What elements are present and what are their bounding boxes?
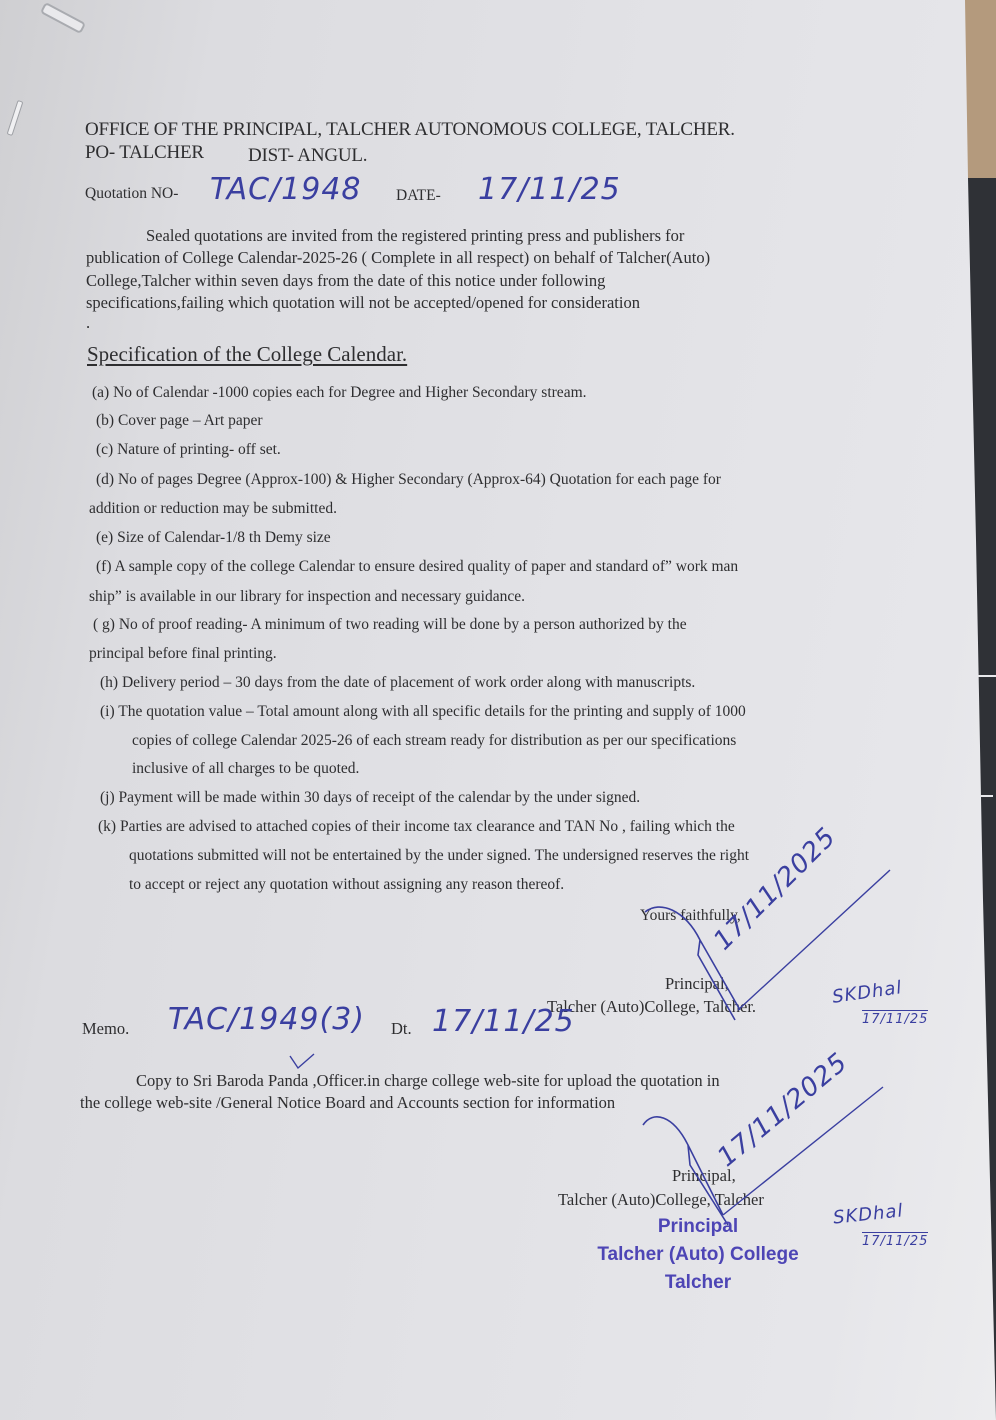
spec-item-k: (k) Parties are advised to attached copi… (98, 818, 735, 836)
stamp-principal: Principal (588, 1216, 808, 1238)
spec-item-i-cont: copies of college Calendar 2025-26 of ea… (132, 732, 736, 750)
spec-item-e: (e) Size of Calendar-1/8 th Demy size (96, 529, 331, 547)
initial-date-2: 17/11/25 (862, 1232, 928, 1249)
spec-item-i-cont: inclusive of all charges to be quoted. (132, 760, 359, 778)
memo-value: TAC/1949(3) (168, 1002, 365, 1037)
memo-dt-value: 17/11/25 (432, 1004, 575, 1039)
quotation-no-value: TAC/1948 (210, 172, 362, 207)
intro-line: College,Talcher within seven days from t… (86, 271, 605, 291)
binder-clip-mark (981, 795, 993, 797)
letterhead-po: PO- TALCHER (85, 142, 204, 164)
copy-line: Copy to Sri Baroda Panda ,Officer.in cha… (136, 1071, 720, 1091)
spec-item-c: (c) Nature of printing- off set. (96, 441, 281, 459)
initial-date: 17/11/25 (862, 1010, 928, 1027)
document-page: OFFICE OF THE PRINCIPAL, TALCHER AUTONOM… (0, 0, 996, 1420)
stamp-town: Talcher (588, 1272, 808, 1294)
quotation-no-label: Quotation NO- (85, 185, 178, 203)
spec-item-j: (j) Payment will be made within 30 days … (100, 789, 640, 807)
spec-item-d-cont: addition or reduction may be submitted. (89, 500, 337, 518)
spec-item-g: ( g) No of proof reading- A minimum of t… (93, 616, 687, 634)
staple-icon (40, 2, 86, 34)
memo-label: Memo. (82, 1019, 129, 1039)
binder-clip-mark (978, 675, 996, 677)
copy-line: the college web-site /General Notice Boa… (80, 1093, 615, 1113)
spec-item-d: (d) No of pages Degree (Approx-100) & Hi… (96, 471, 721, 489)
intro-line: specifications,failing which quotation w… (86, 293, 640, 313)
quotation-date-value: 17/11/25 (478, 172, 621, 207)
spec-item-k-cont: to accept or reject any quotation withou… (129, 876, 564, 894)
spec-heading: Specification of the College Calendar. (87, 342, 407, 367)
intro-line: publication of College Calendar-2025-26 … (86, 248, 710, 268)
spec-item-i: (i) The quotation value – Total amount a… (100, 703, 746, 721)
letterhead-dist: DIST- ANGUL. (248, 145, 367, 167)
staple-icon (7, 100, 24, 136)
letterhead-office: OFFICE OF THE PRINCIPAL, TALCHER AUTONOM… (85, 119, 735, 141)
intro-line: Sealed quotations are invited from the r… (146, 226, 684, 246)
checkmark-icon (288, 1052, 318, 1072)
quotation-date-label: DATE- (396, 187, 441, 205)
spec-item-b: (b) Cover page – Art paper (96, 412, 263, 430)
intro-line: . (86, 313, 90, 333)
memo-dt-label: Dt. (391, 1019, 412, 1039)
stamp-college: Talcher (Auto) College (578, 1244, 818, 1266)
spec-item-f-cont: ship” is available in our library for in… (89, 588, 525, 606)
spec-item-a: (a) No of Calendar -1000 copies each for… (92, 384, 587, 402)
spec-item-g-cont: principal before final printing. (89, 645, 277, 663)
spec-item-f: (f) A sample copy of the college Calenda… (96, 558, 738, 576)
spec-item-h: (h) Delivery period – 30 days from the d… (100, 674, 695, 692)
